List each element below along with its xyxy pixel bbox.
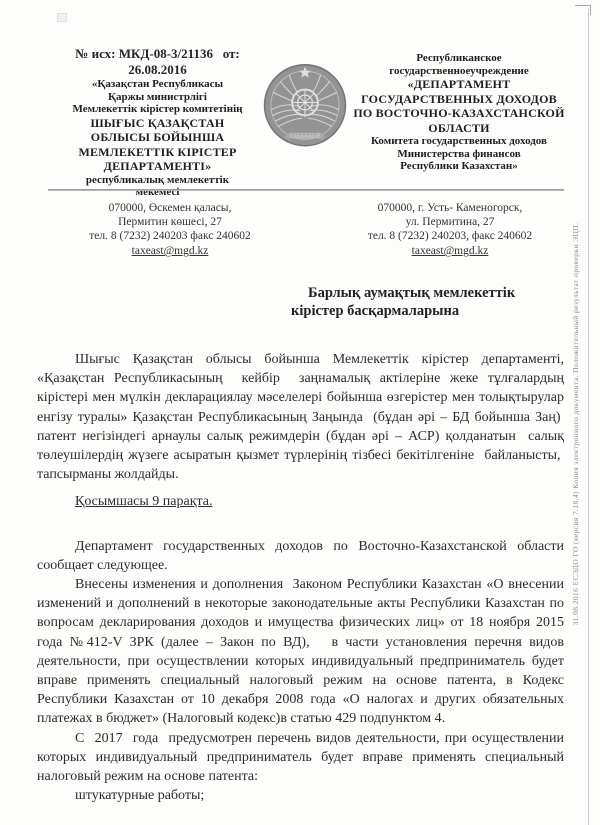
paragraph-russian-1: Департамент государственных доходов по В… — [37, 537, 564, 575]
list-item-activity: штукатурные работы; — [37, 786, 564, 805]
address-line: 070000, Өскемен қаласы, — [109, 202, 232, 214]
org-kk-line: Қаржы министрлігі — [40, 91, 275, 104]
org-kk-line: ДЕПАРТАМЕНТІ» — [40, 159, 275, 174]
address-block-kazakh: 070000, Өскемен қаласы, Пермитин көшесі,… — [52, 201, 288, 258]
org-ru-line: Комитета государственных доходов — [345, 135, 573, 148]
address-block-russian: 070000, г. Усть- Каменогорск, ул. Пермит… — [328, 201, 572, 258]
ref-date: 26.08.2016 — [128, 62, 187, 77]
address-line: ул. Пермитина, 27 — [406, 216, 495, 228]
org-ru-line: Республики Казахстан» — [345, 160, 573, 173]
letterhead-right-russian: Республиканское государственноеучреждени… — [345, 52, 573, 173]
org-kk-line: республикалық мемлекеттік — [40, 174, 275, 187]
paragraph-russian-3: С 2017 года предусмотрен перечень видов … — [37, 729, 564, 787]
address-line: 070000, г. Усть- Каменогорск, — [378, 202, 523, 214]
paragraph-russian-2: Внесены изменения и дополнения Законом Р… — [37, 575, 564, 729]
address-line: тел. 8 (7232) 240203 факс 240602 — [89, 230, 251, 242]
org-ru-line: Республиканское — [345, 52, 573, 65]
org-ru-line: «ДЕПАРТАМЕНТ — [345, 77, 573, 92]
org-ru-line: ОБЛАСТИ — [345, 121, 573, 136]
org-kk-line: МЕМЛЕКЕТТІК КІРІСТЕР — [40, 145, 275, 160]
recipient-block: Барлық аумақтық мемлекеттік кірістер бас… — [291, 284, 571, 320]
org-ru-line: ПО ВОСТОЧНО-КАЗАХСТАНСКОЙ — [345, 106, 573, 121]
org-kk-line: ОБЛЫСЫ БОЙЫНША — [40, 130, 275, 145]
email-link: taxeast@mgd.kz — [132, 244, 209, 258]
org-ru-line: государственноеучреждение — [345, 65, 573, 78]
outgoing-ref-number: № исх: МКД-08-3/21136 от: 26.08.2016 — [40, 46, 275, 78]
letter-body: Шығыс Қазақстан облысы бойынша Мемлекетт… — [37, 350, 564, 805]
recipient-line: кірістер басқармаларына — [291, 302, 571, 320]
org-kk-line: ШЫҒЫС ҚАЗАҚСТАН — [40, 116, 275, 131]
org-kk-line: «Қазақстан Республикасы — [40, 78, 275, 91]
letterhead-left-kazakh: № исх: МКД-08-3/21136 от: 26.08.2016 «Қа… — [40, 46, 275, 199]
org-kk-line: мекемесі — [40, 186, 275, 199]
email-link: taxeast@mgd.kz — [412, 244, 489, 258]
scanned-letter-page: № исх: МКД-08-3/21136 от: 26.08.2016 «Қа… — [0, 0, 600, 825]
recipient-line: Барлық аумақтық мемлекеттік — [291, 284, 571, 302]
letterhead-divider-rule — [48, 189, 564, 191]
org-kk-line: Мемлекеттік кірістер комитетінің — [40, 103, 275, 116]
paragraph-kazakh: Шығыс Қазақстан облысы бойынша Мемлекетт… — [37, 350, 564, 484]
address-line: Пермитин көшесі, 27 — [118, 216, 222, 228]
attachment-note: Қосымшасы 9 парақта. — [37, 492, 564, 511]
org-name-russian: Республиканское государственноеучреждени… — [345, 52, 573, 173]
ref-number-line1: № исх: МКД-08-3/21136 от: — [75, 46, 239, 61]
kazakhstan-coat-of-arms-icon — [259, 62, 351, 154]
org-ru-line: ГОСУДАРСТВЕННЫХ ДОХОДОВ — [345, 92, 573, 107]
scan-artifact-top-left — [57, 13, 67, 22]
attachment-note-text: Қосымшасы 9 парақта. — [75, 494, 213, 509]
org-ru-line: Министерства финансов — [345, 148, 573, 161]
scan-page-edge-line — [588, 8, 589, 825]
org-name-kazakh: «Қазақстан Республикасы Қаржы министрліг… — [40, 78, 275, 199]
esign-verification-stamp: 31.08.2016 ЕСЭДО ГО (версия 7.18.4) Копи… — [571, 136, 580, 712]
address-line: тел. 8 (7232) 240203, факс 240602 — [368, 230, 532, 242]
